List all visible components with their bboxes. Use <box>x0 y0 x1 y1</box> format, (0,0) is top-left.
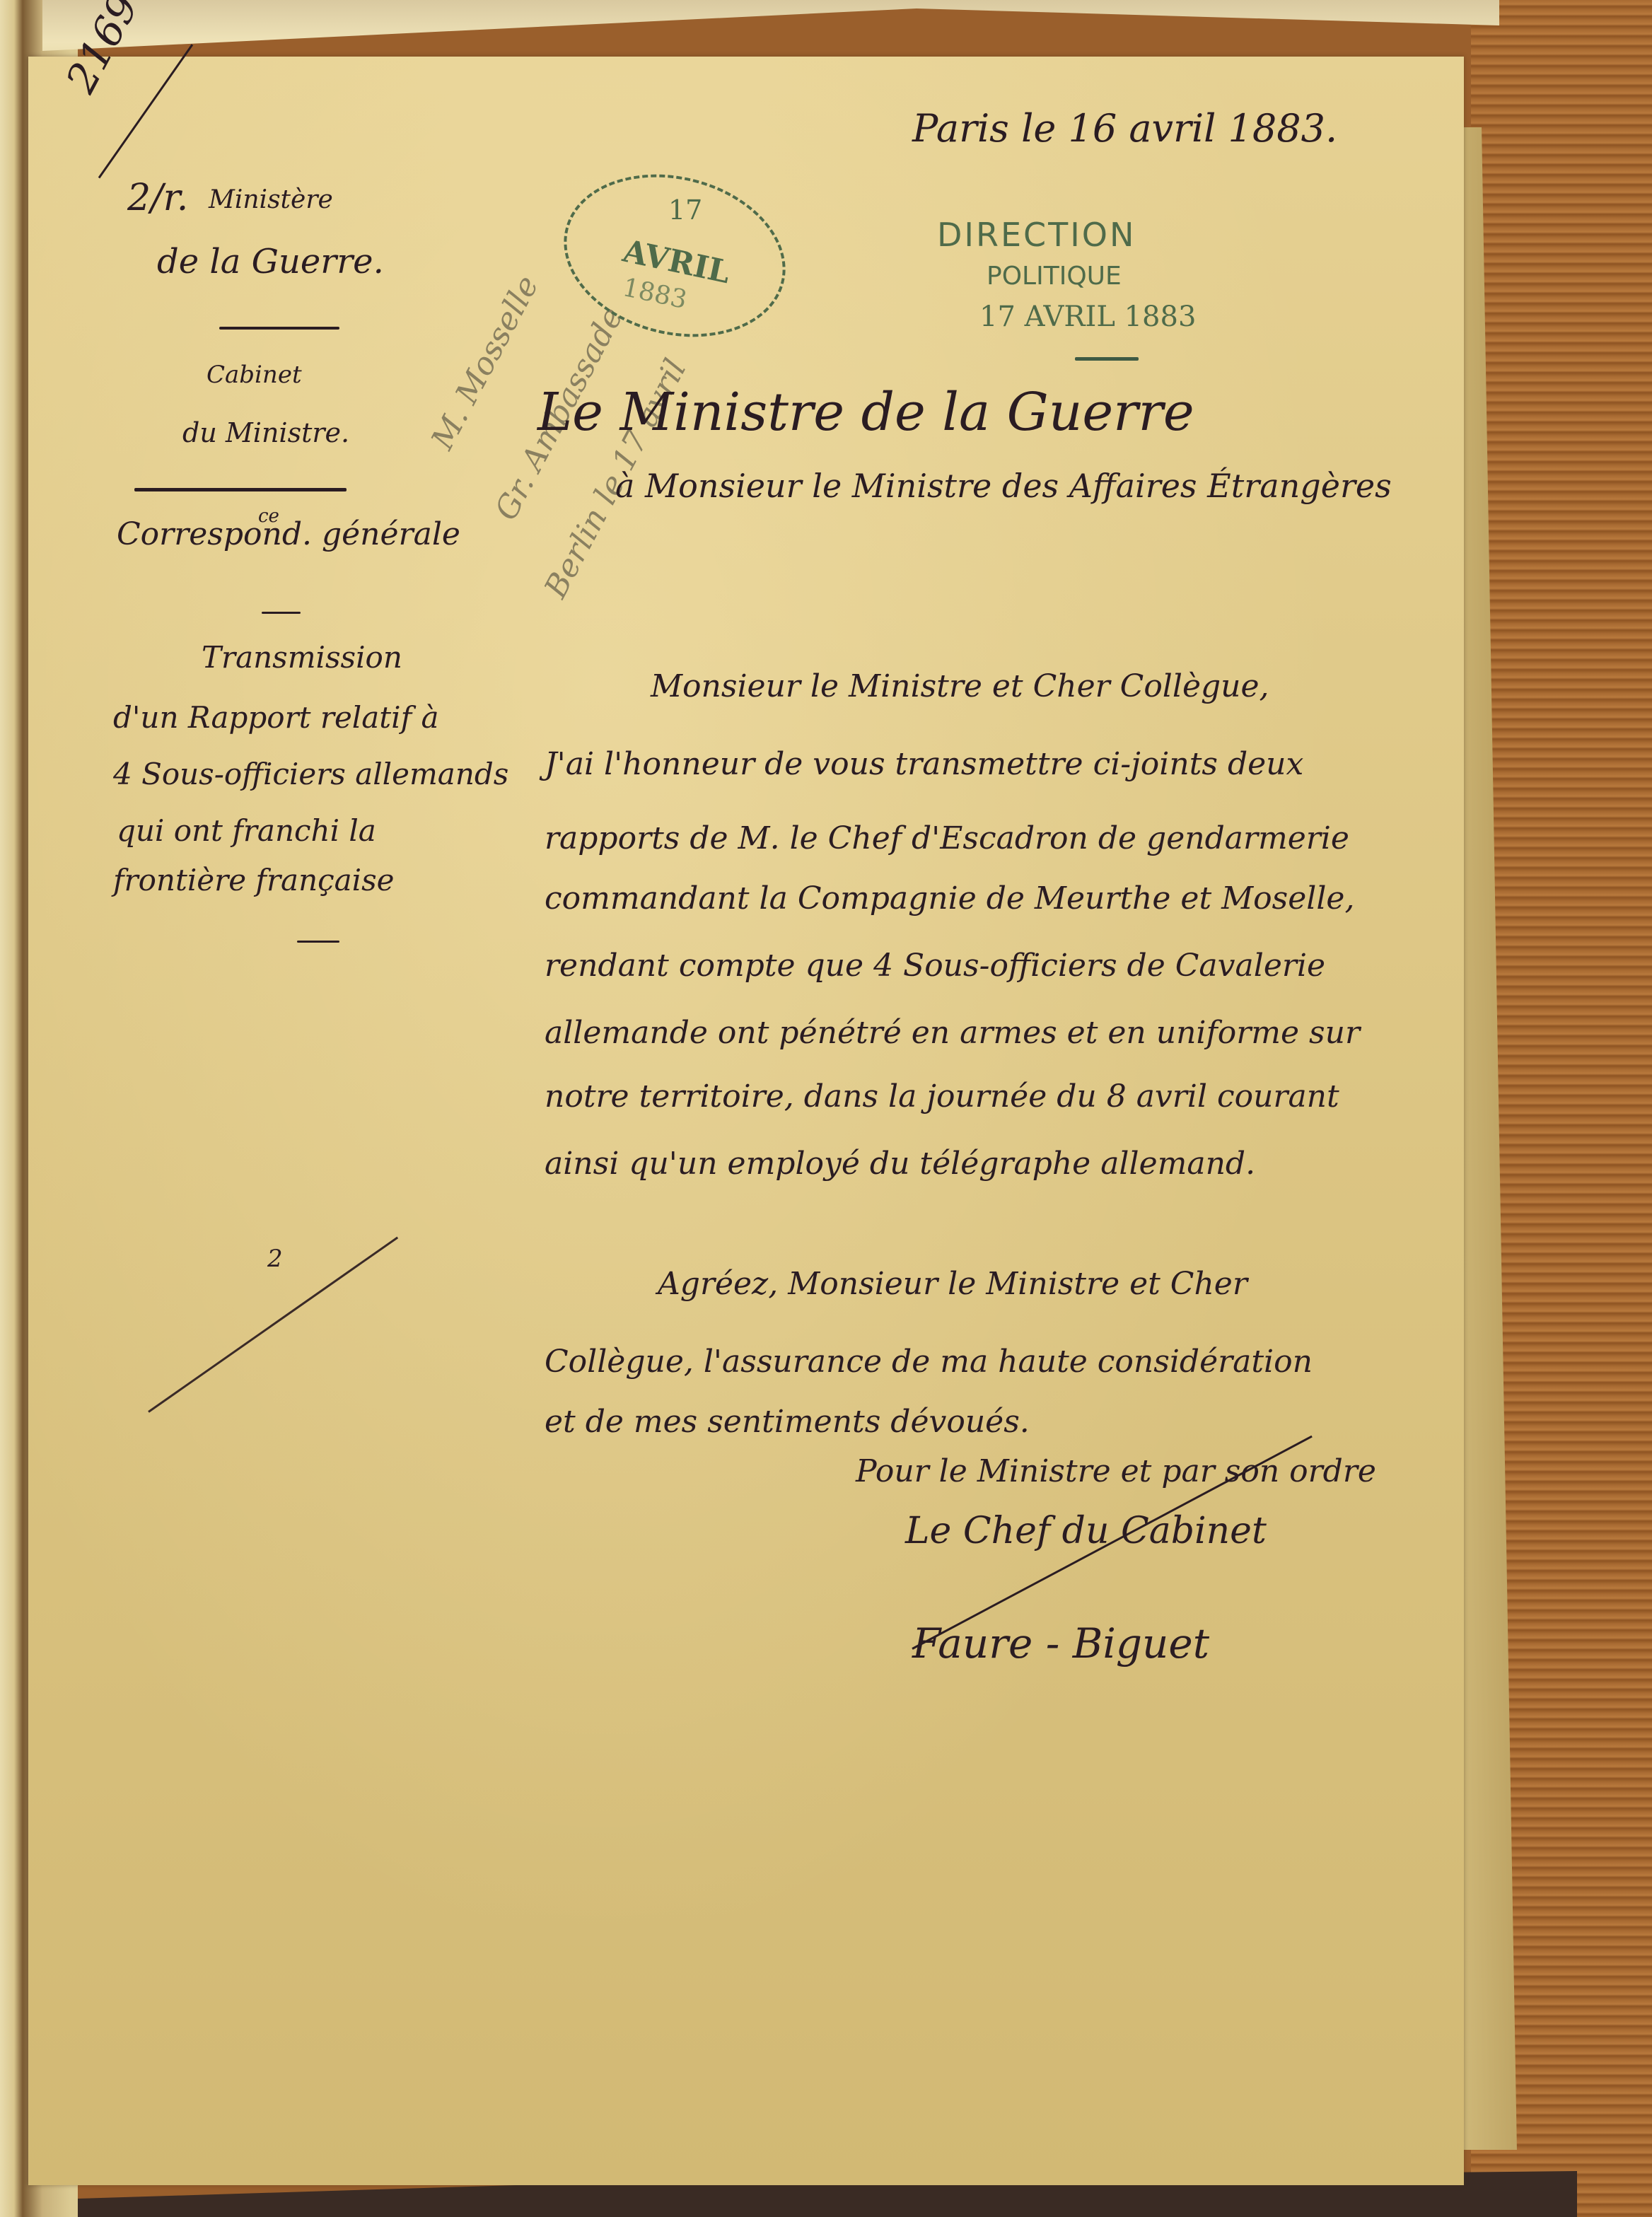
margin-heading-superscript: ce <box>258 506 279 527</box>
file-sub-number: 2/r. <box>127 177 188 219</box>
letterhead-war: de la Guerre. <box>157 242 384 281</box>
letterhead-cabinet: Cabinet <box>206 361 302 389</box>
direction-stamp-title: DIRECTION <box>937 216 1136 254</box>
letterhead-minister: du Ministre. <box>182 417 349 448</box>
oval-stamp-day: 17 <box>668 194 702 226</box>
direction-stamp-ornament <box>1075 357 1139 361</box>
letterhead-ornament <box>219 327 339 330</box>
signature-authority: Pour le Ministre et par son ordre <box>856 1453 1376 1489</box>
sender-heading: Le Ministre de la Guerre <box>537 382 1194 443</box>
body-line: notre territoire, dans la journée du 8 a… <box>545 1078 1339 1115</box>
closing-line: Collègue, l'assurance de ma haute consid… <box>545 1344 1313 1380</box>
salutation: Monsieur le Ministre et Cher Collègue, <box>651 668 1269 704</box>
margin-summary-line: Transmission <box>202 640 402 675</box>
body-line: commandant la Compagnie de Meurthe et Mo… <box>545 880 1354 917</box>
margin-mark: 2 <box>267 1245 283 1273</box>
closing-line: Agréez, Monsieur le Ministre et Cher <box>658 1266 1247 1302</box>
margin-summary-line: d'un Rapport relatif à <box>113 700 439 735</box>
margin-dash <box>297 941 339 943</box>
recipient-heading: à Monsieur le Ministre des Affaires Étra… <box>615 467 1392 505</box>
direction-stamp-date: 17 AVRIL 1883 <box>979 301 1196 333</box>
body-line: rapports de M. le Chef d'Escadron de gen… <box>545 820 1349 856</box>
margin-summary-line: 4 Sous-officiers allemands <box>113 757 508 791</box>
margin-summary-line: frontière française <box>113 863 395 897</box>
letterhead-rule <box>134 488 347 491</box>
body-line: ainsi qu'un employé du télégraphe allema… <box>545 1146 1255 1182</box>
body-line: J'ai l'honneur de vous transmettre ci-jo… <box>545 746 1303 782</box>
margin-summary-line: qui ont franchi la <box>117 813 376 848</box>
margin-dash <box>262 612 301 614</box>
letterhead-ministry: Ministère <box>209 185 333 214</box>
body-line: rendant compte que 4 Sous-officiers de C… <box>545 948 1325 984</box>
signature-title: Le Chef du Cabinet <box>905 1510 1267 1552</box>
signature-name: Faure - Biguet <box>912 1619 1209 1668</box>
margin-heading: Correspond. générale <box>117 516 460 552</box>
body-line: allemande ont pénétré en armes et en uni… <box>545 1015 1360 1051</box>
closing-line: et de mes sentiments dévoués. <box>545 1404 1030 1440</box>
direction-stamp-subtitle: POLITIQUE <box>987 262 1122 291</box>
dateline: Paris le 16 avril 1883. <box>912 106 1337 151</box>
